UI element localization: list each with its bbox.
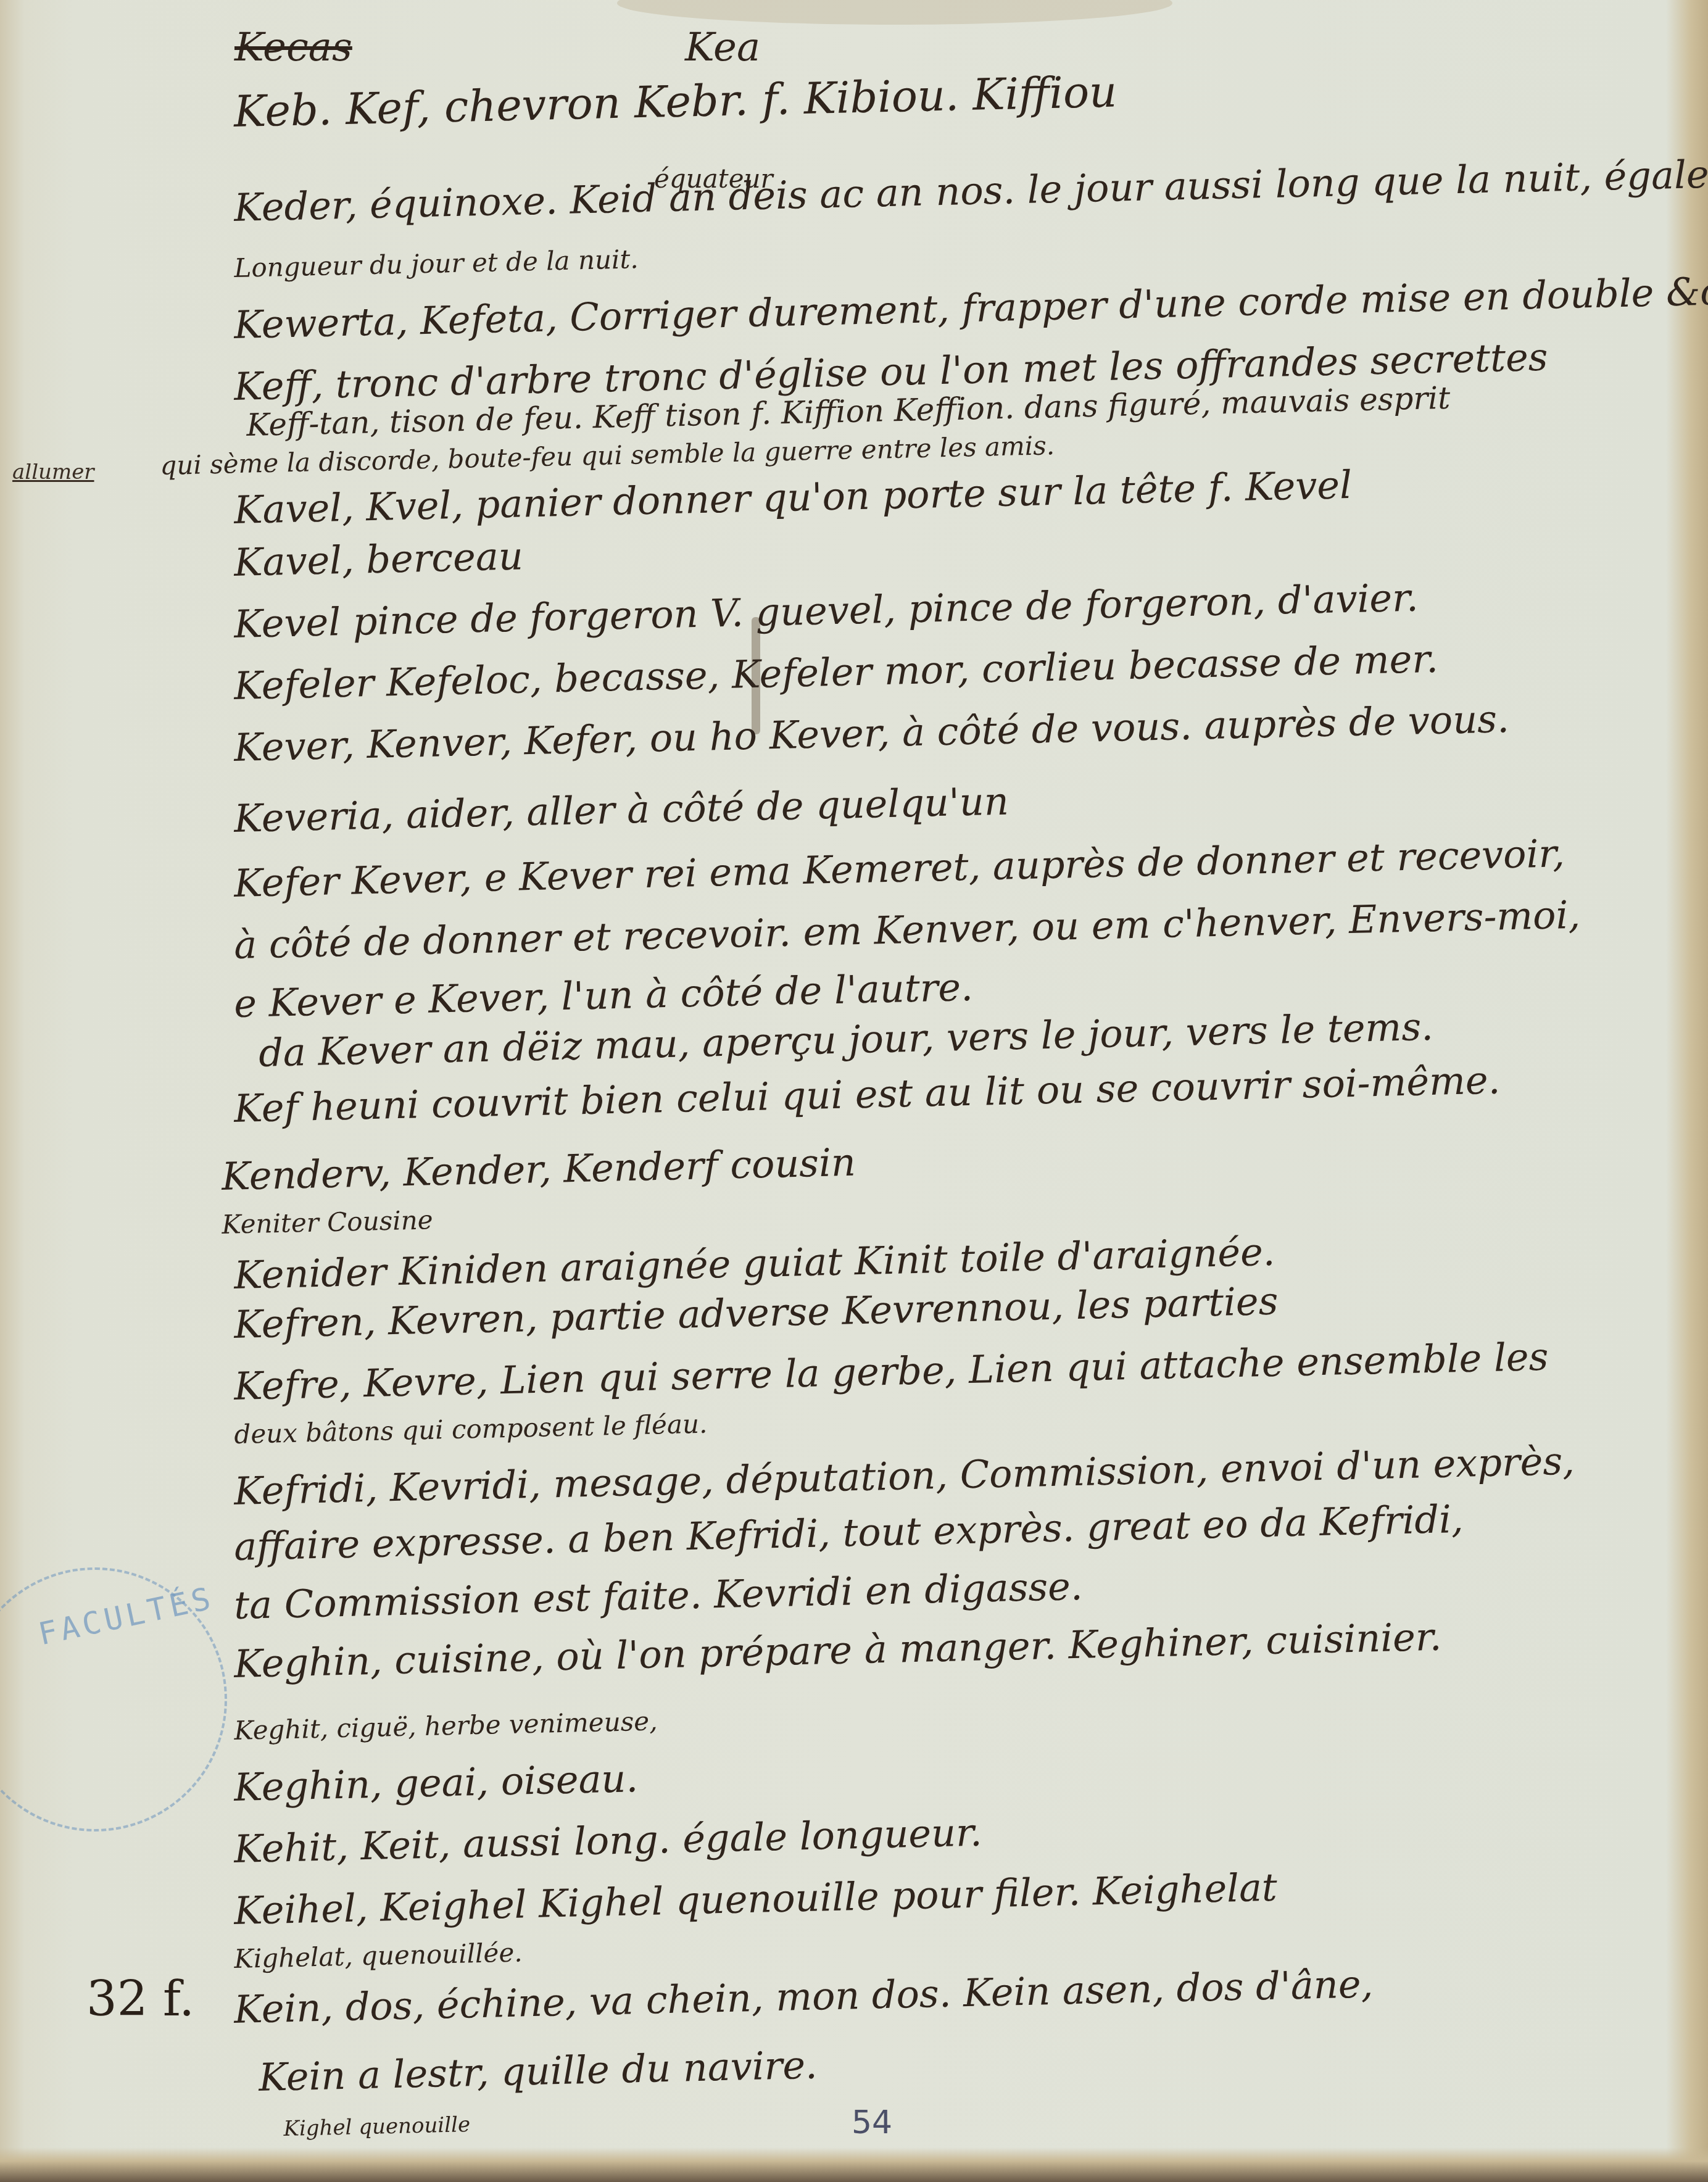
entry-line: Keihel, Keighel Kighel quenouille pour f… (233, 1865, 1277, 1933)
entry-line: Longueur du jour et de la nuit. (234, 244, 639, 283)
entry-line: Kighelat, quenouillée. (234, 1937, 523, 1974)
entry-line: Kever, Kenver, Kefer, ou ho Kever, à côt… (233, 696, 1509, 770)
entry-line: Kefre, Kevre, Lien qui serre la gerbe, L… (233, 1334, 1549, 1409)
damaged-bottom-edge (0, 2147, 1708, 2182)
entry-line: Kefeler Kefeloc, becasse, Kefeler mor, c… (233, 636, 1438, 708)
entry-line: Keghit, ciguë, herbe venimeuse, (234, 1706, 658, 1746)
entry-line: ta Commission est faite. Kevridi en diga… (233, 1564, 1083, 1628)
entry-line: Kein a lestr, quille du navire. (258, 2042, 818, 2100)
entry-line: à côté de donner et recevoir. em Kenver,… (233, 892, 1580, 968)
entry-line: Keghin, cuisine, où l'on prépare à mange… (233, 1614, 1442, 1686)
entry-line: Kevel pince de forgeron V. guevel, pince… (233, 575, 1419, 647)
entry-line: Keveria, aider, aller à côté de quelqu'u… (233, 779, 1009, 841)
entry-line: Kenderv, Kender, Kenderf cousin (221, 1140, 856, 1199)
entry-line: Keder, équinoxe. Keid an deis ac an nos.… (233, 152, 1708, 230)
water-stain-top (617, 0, 1172, 25)
page-number: 54 (852, 2104, 892, 2141)
entry-line: Keniter Cousine (222, 1205, 433, 1240)
entry-line: Keghin, geai, oiseau. (233, 1756, 638, 1810)
margin-note: allumer (12, 460, 94, 484)
entry-line: Kefer Kever, e Kever rei ema Kemeret, au… (233, 831, 1565, 906)
page-header: Kea (685, 25, 760, 70)
entry-line: Kighel quenouille (283, 2112, 470, 2141)
entry-line: Kavel, berceau (233, 533, 523, 585)
entry-line: Kehit, Keit, aussi long. égale longueur. (233, 1810, 982, 1872)
manuscript-page: FACULTÉS Kecas Kea équateur allumer 32 f… (0, 0, 1708, 2182)
folio-number: 32 f. (86, 1972, 194, 2027)
struck-header: Kecas (234, 25, 352, 70)
entry-line: Keb. Kef, chevron Kebr. f. Kibiou. Kiffi… (233, 67, 1117, 137)
entry-line: Kein, dos, échine, va chein, mon dos. Ke… (233, 1961, 1374, 2032)
entry-line: deux bâtons qui composent le fléau. (234, 1409, 708, 1450)
